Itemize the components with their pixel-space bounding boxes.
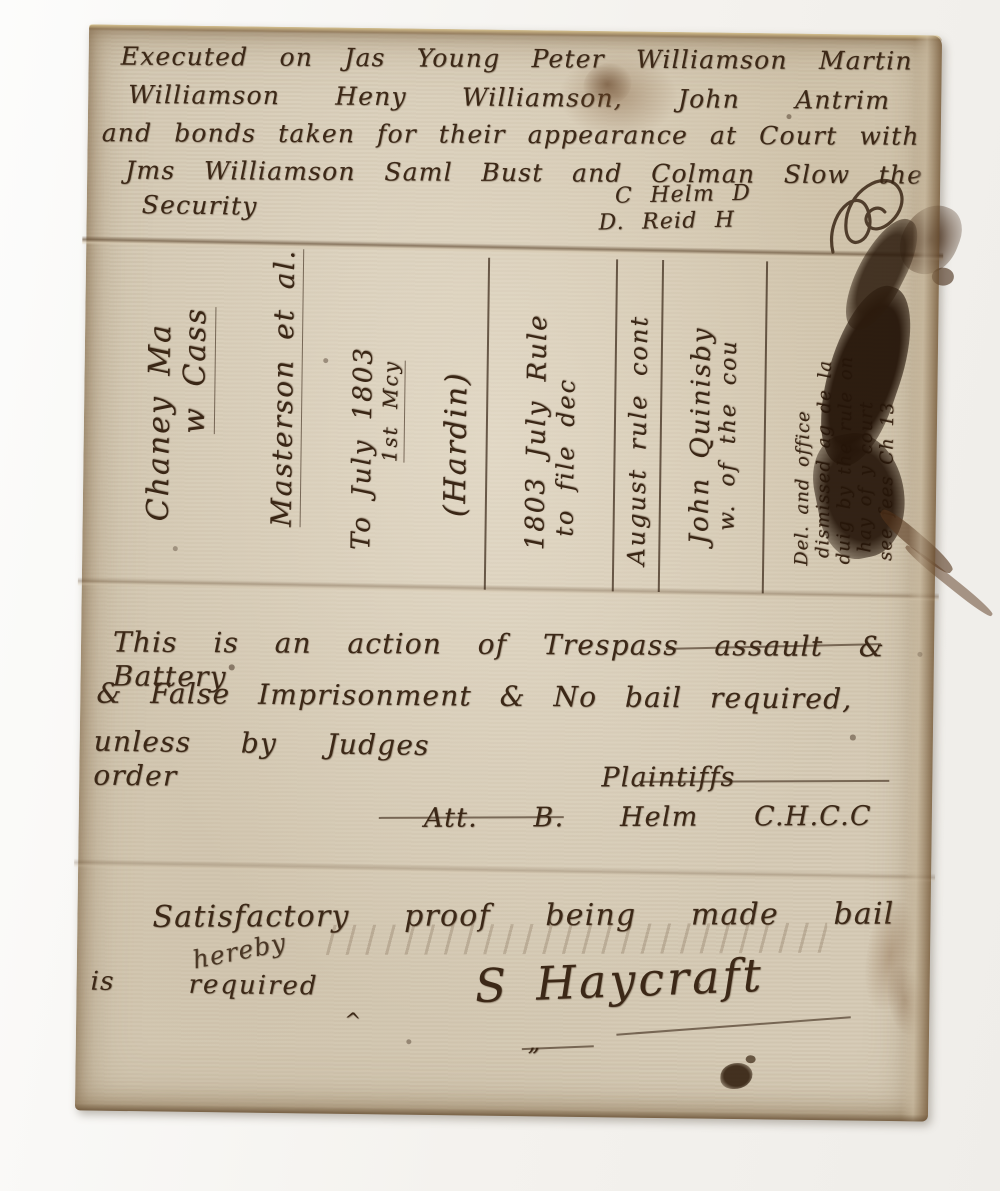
paper-sheet: Executed on Jas Young Peter Williamson M… [75, 24, 942, 1121]
pen-stroke [639, 780, 889, 783]
return-line: and bonds taken for their appearance at … [102, 118, 920, 152]
docket-rotated-block: Chaney Ma w Cass Masterson et al. To Jul… [112, 253, 926, 596]
page-edge-bottom [75, 1103, 928, 1121]
scanned-document-page: Executed on Jas Young Peter Williamson M… [0, 0, 1000, 1191]
ink-stain [720, 1063, 752, 1089]
ink-stain [746, 1055, 756, 1063]
return-line: Executed on Jas Young Peter Williamson M… [121, 42, 913, 77]
docket-entry: August rule cont [614, 259, 664, 592]
docket-entry: John Quinisby w. of the cou [660, 260, 768, 593]
fold-crease [74, 858, 935, 882]
attribution-role: Plaintiffs [601, 762, 735, 795]
return-line: Williamson Heny Williamson, John Antrim [128, 80, 890, 116]
docket-entry: To July 1803 1st Mcy [324, 256, 428, 589]
clerk-signature: C Helm D [615, 181, 752, 210]
clerk-signature: D. Reid H [598, 208, 735, 237]
haycraft-signature: S Haycraft [474, 948, 765, 1015]
quote-mark: „ [528, 1028, 542, 1057]
insertion-caret: ^ [343, 1007, 363, 1032]
docket-entry: 1803 July Rule to file dec [486, 258, 618, 592]
bail-word: required [188, 970, 318, 1003]
return-line: Jms Williamson Saml Bust and Colman Slow… [125, 156, 923, 191]
note-line: & False Imprisonment & No bail required, [96, 677, 852, 717]
docket-entry: (Hardin) [424, 257, 490, 590]
page-edge-top [89, 24, 942, 41]
signature-flourish [616, 1016, 851, 1035]
docket-entry: Chaney Ma w Cass [112, 253, 244, 587]
return-line: Security [142, 190, 258, 222]
bail-word: is [90, 967, 114, 998]
docket-entry: Masterson et al. [240, 255, 328, 588]
note-line: unless by Judges order [93, 725, 430, 797]
